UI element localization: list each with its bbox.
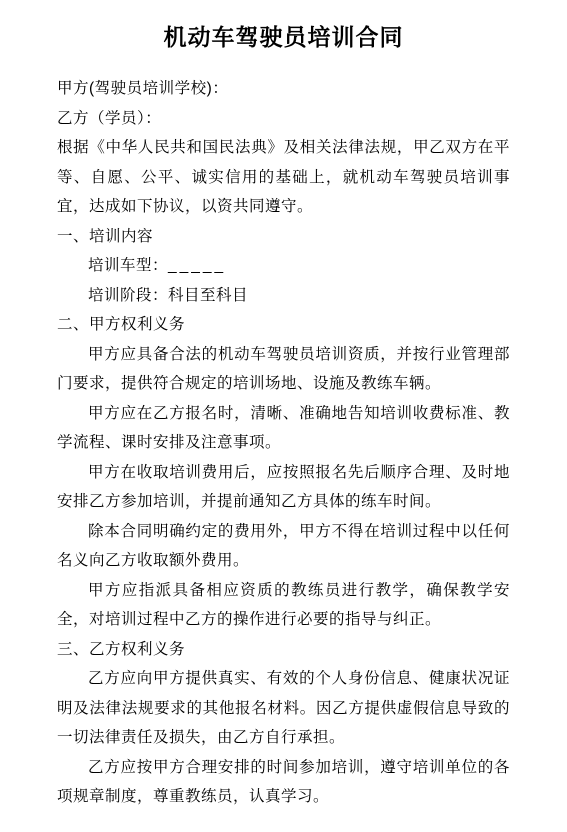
party-a-line: 甲方(驾驶员培训学校)： — [57, 74, 510, 104]
section-2-heading: 二、甲方权利义务 — [57, 310, 510, 340]
contract-page: 机动车驾驶员培训合同 甲方(驾驶员培训学校)： 乙方（学员）： 根据《中华人民共… — [0, 0, 567, 832]
section-3-paragraph-1: 乙方应向甲方提供真实、有效的个人身份信息、健康状况证明及法律法规要求的其他报名材… — [57, 664, 510, 753]
blank-underline: _____ — [168, 257, 226, 274]
training-stage-line: 培训阶段：科目至科目 — [57, 281, 510, 311]
section-1-heading: 一、培训内容 — [57, 222, 510, 252]
party-b-line: 乙方（学员）： — [57, 104, 510, 134]
section-2-paragraph-5: 甲方应指派具备相应资质的教练员进行教学，确保教学安全，对培训过程中乙方的操作进行… — [57, 576, 510, 635]
document-title: 机动车驾驶员培训合同 — [57, 22, 510, 54]
section-3-paragraph-2: 乙方应按甲方合理安排的时间参加培训，遵守培训单位的各项规章制度，尊重教练员，认真… — [57, 753, 510, 812]
document-body: 甲方(驾驶员培训学校)： 乙方（学员）： 根据《中华人民共和国民法典》及相关法律… — [57, 74, 510, 812]
section-2-paragraph-1: 甲方应具备合法的机动车驾驶员培训资质，并按行业管理部门要求，提供符合规定的培训场… — [57, 340, 510, 399]
section-2-paragraph-4: 除本合同明确约定的费用外，甲方不得在培训过程中以任何名义向乙方收取额外费用。 — [57, 517, 510, 576]
section-3-heading: 三、乙方权利义务 — [57, 635, 510, 665]
preamble-paragraph: 根据《中华人民共和国民法典》及相关法律法规，甲乙双方在平等、自愿、公平、诚实信用… — [57, 133, 510, 222]
section-2-paragraph-2: 甲方应在乙方报名时，清晰、准确地告知培训收费标准、教学流程、课时安排及注意事项。 — [57, 399, 510, 458]
training-vehicle-line: 培训车型：_____ — [57, 251, 510, 281]
section-2-paragraph-3: 甲方在收取培训费用后，应按照报名先后顺序合理、及时地安排乙方参加培训，并提前通知… — [57, 458, 510, 517]
training-vehicle-label: 培训车型： — [88, 257, 168, 274]
